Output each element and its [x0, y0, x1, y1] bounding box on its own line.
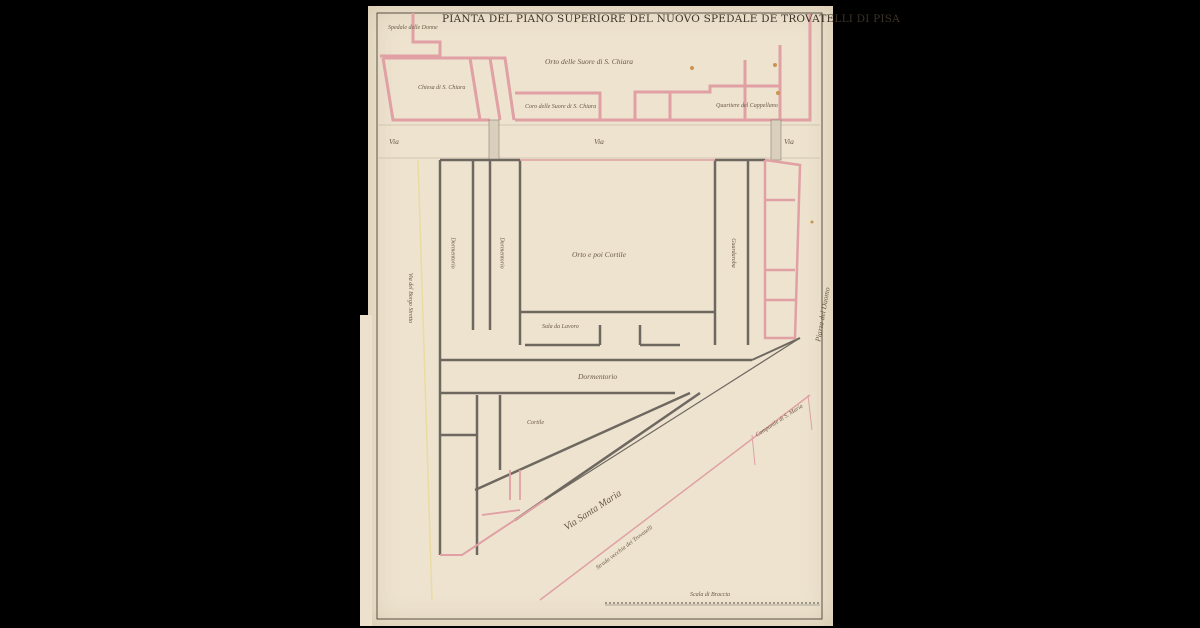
label-sala-lavoro: Sala da Lavoro [542, 324, 579, 330]
label-via-borgo-stretto: Via del Borgo Stretto [407, 273, 413, 323]
label-dormentorio-1: Dormentorio [450, 237, 456, 268]
label-via-right: Via [784, 137, 794, 146]
label-via-center: Via [594, 137, 604, 146]
label-via-left: Via [389, 137, 399, 146]
label-spedale-donne: Spedale delle Donne [388, 25, 438, 31]
label-dormentorio-long: Dormentorio [578, 372, 617, 381]
map-title: PIANTA DEL PIANO SUPERIORE DEL NUOVO SPE… [442, 13, 900, 25]
label-dormentorio-2: Dormentorio [499, 237, 505, 268]
right-wing-walls [765, 160, 800, 338]
label-scale: Scala di Braccia [690, 592, 730, 598]
label-quartiere-cappellano: Quartiere del Cappellano [716, 103, 778, 109]
label-orto-s-chiara: Orto delle Suore di S. Chiara [545, 57, 633, 66]
floor-plan-drawing [0, 0, 1200, 628]
label-coro: Coro delle Suore di S. Chiara [525, 104, 596, 110]
label-orto-cortile: Orto e poi Cortile [572, 250, 626, 259]
label-guardaroba: Guardaroba [730, 238, 736, 268]
label-cortile: Cortile [527, 420, 544, 426]
label-chiesa-s-chiara: Chiesa di S. Chiara [418, 85, 465, 91]
hospital-walls [440, 160, 765, 555]
